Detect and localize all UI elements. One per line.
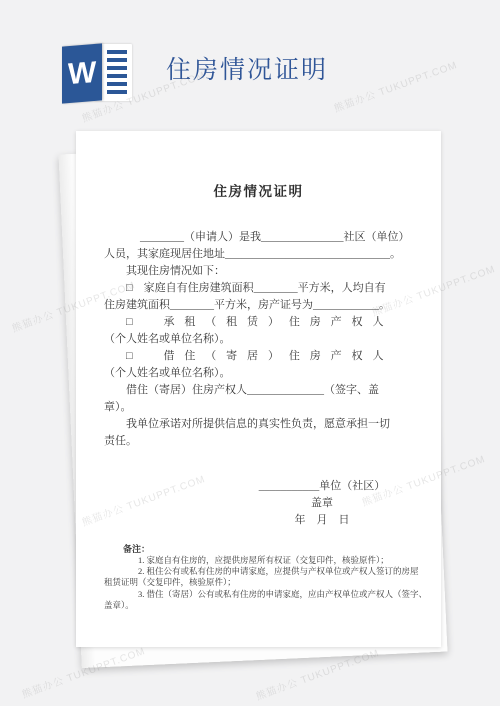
word-icon-line	[107, 74, 127, 78]
body-line: 人员，其家庭现居住地址_____________________________…	[104, 246, 413, 263]
page-title: 住房情况证明	[166, 50, 328, 86]
word-icon-letter: W	[68, 57, 96, 89]
word-icon-line	[107, 66, 127, 70]
word-icon-line	[107, 58, 127, 62]
document-page: 住房情况证明 ________（申请人）是我_______________社区（…	[76, 131, 441, 647]
body-line: 我单位承诺对所提供信息的真实性负责，愿意承担一切	[104, 416, 413, 433]
notes-section: 备注： 1. 家庭自有住房的，应提供房屋所有权证（交复印件，核验原件）； 2. …	[104, 543, 413, 611]
document-body: ________（申请人）是我_______________社区（单位） 人员，…	[104, 229, 413, 450]
body-line: 借住（寄居）住房产权人______________（签字、盖	[104, 382, 413, 399]
note-line: 1. 家庭自有住房的，应提供房屋所有权证（交复印件，核验原件）；	[138, 555, 413, 566]
note-line: 2. 租住公有或私有住房的申请家庭，应提供与产权单位或产权人签订的房屋	[138, 566, 413, 577]
body-line-checkbox: □ 承租（租赁）住房产权人	[104, 314, 413, 331]
signature-block: ___________单位（社区） 盖章 年 月 日	[247, 478, 397, 529]
body-line-checkbox: □ 借住（寄居）住房产权人	[104, 348, 413, 365]
word-icon-flap: W	[62, 43, 102, 103]
body-line: 其现住房情况如下：	[104, 263, 413, 280]
note-line: 盖章）。	[104, 600, 413, 611]
body-line: （个人姓名或单位名称）。	[104, 365, 413, 382]
word-icon-line	[107, 90, 127, 94]
signature-unit-line: ___________单位（社区）	[247, 478, 397, 495]
body-line: ________（申请人）是我_______________社区（单位）	[104, 229, 413, 246]
body-line: 责任。	[104, 433, 413, 450]
body-line: （个人姓名或单位名称）。	[104, 331, 413, 348]
preview-header: W 住房情况证明	[0, 0, 500, 120]
document-title: 住房情况证明	[104, 181, 413, 203]
note-line: 3. 借住（寄居）公有或私有住房的申请家庭，应由产权单位或产权人（签字、	[138, 589, 413, 600]
signature-date-line: 年 月 日	[247, 512, 397, 529]
signature-seal-label: 盖章	[247, 495, 397, 512]
body-line: 章）。	[104, 399, 413, 416]
body-line-checkbox: □ 家庭自有住房建筑面积________平方米，人均自有	[104, 280, 413, 297]
notes-label: 备注：	[123, 543, 413, 555]
body-line: 住房建筑面积________平方米，房产证号为____________。	[104, 297, 413, 314]
word-icon-line	[107, 50, 127, 54]
template-preview-canvas: W 住房情况证明 住房情况证明 ________（申请人）是我_________…	[0, 0, 500, 706]
note-line: 租赁证明（交复印件，核验原件）；	[104, 577, 413, 588]
word-icon-line	[107, 82, 127, 86]
word-icon: W	[62, 42, 136, 106]
